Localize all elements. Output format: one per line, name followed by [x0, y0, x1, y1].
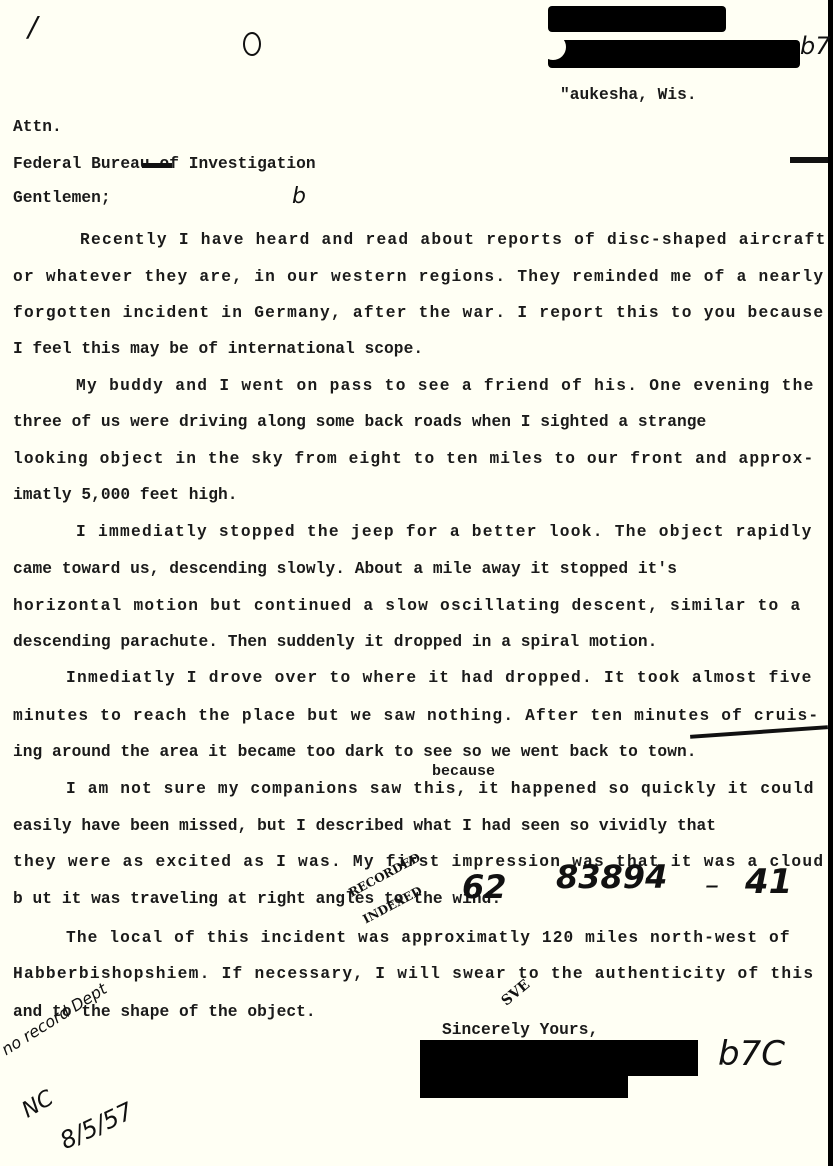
- file-number-prefix: 62: [462, 868, 507, 906]
- file-number-dash: –: [705, 868, 719, 901]
- p5-line2: easily have been missed, but I described…: [13, 817, 716, 835]
- closing: Sincerely Yours,: [442, 1021, 598, 1039]
- p3-line4: descending parachute. Then suddenly it d…: [13, 633, 657, 651]
- inserted-word: because: [432, 763, 495, 780]
- p2-line1: My buddy and I went on pass to see a fri…: [76, 377, 815, 395]
- scan-border: [828, 0, 833, 1166]
- p2-line2: three of us were driving along some back…: [13, 413, 706, 431]
- p1-line4: I feel this may be of international scop…: [13, 340, 423, 358]
- handwritten-initials: NC: [18, 1086, 58, 1124]
- punch-hole-mark: [243, 32, 261, 56]
- p6-line1: The local of this incident was approxima…: [66, 929, 791, 947]
- exemption-code-top: b7: [800, 32, 831, 60]
- p2-line3: looking object in the sky from eight to …: [13, 450, 814, 468]
- p3-line2: came toward us, descending slowly. About…: [13, 560, 677, 578]
- p5-line1: I am not sure my companions saw this, it…: [66, 780, 815, 798]
- file-number-suffix: 41: [745, 862, 792, 902]
- p6-line2: Habberbishopshiem. If necessary, I will …: [13, 965, 814, 983]
- file-number-main: 83894: [556, 858, 667, 896]
- redaction-top-2: [548, 40, 800, 68]
- corner-mark: /: [28, 10, 37, 43]
- p3-line1: I immediatly stopped the jeep for a bett…: [76, 523, 813, 541]
- p4-line2: minutes to reach the place but we saw no…: [13, 707, 819, 725]
- p1-line3: forgotten incident in Germany, after the…: [13, 304, 824, 322]
- punch-hole: [540, 34, 566, 60]
- margin-mark: [790, 157, 828, 163]
- exemption-code: b7C: [718, 1034, 785, 1074]
- redaction-top-1: [548, 6, 726, 32]
- attn: Attn.: [13, 118, 62, 136]
- p2-line4: imatly 5,000 feet high.: [13, 486, 238, 504]
- strikeout: [142, 163, 172, 168]
- p4-line3: ing around the area it became too dark t…: [13, 743, 697, 761]
- p1-line2: or whatever they are, in our western reg…: [13, 268, 824, 286]
- p1-line1: Recently I have heard and read about rep…: [80, 231, 827, 249]
- handwritten-date: 8/5/57: [56, 1097, 138, 1155]
- salutation: Gentlemen;: [13, 189, 111, 207]
- location: "aukesha, Wis.: [560, 86, 697, 104]
- handwritten-initial: b: [292, 184, 306, 209]
- redaction-signature-2: [420, 1070, 628, 1098]
- p3-line3: horizontal motion but continued a slow o…: [13, 597, 801, 615]
- p5-line4: b ut it was traveling at right angles to…: [13, 890, 501, 908]
- p4-line1: Inmediatly I drove over to where it had …: [66, 669, 813, 687]
- margin-scribble: [690, 725, 828, 739]
